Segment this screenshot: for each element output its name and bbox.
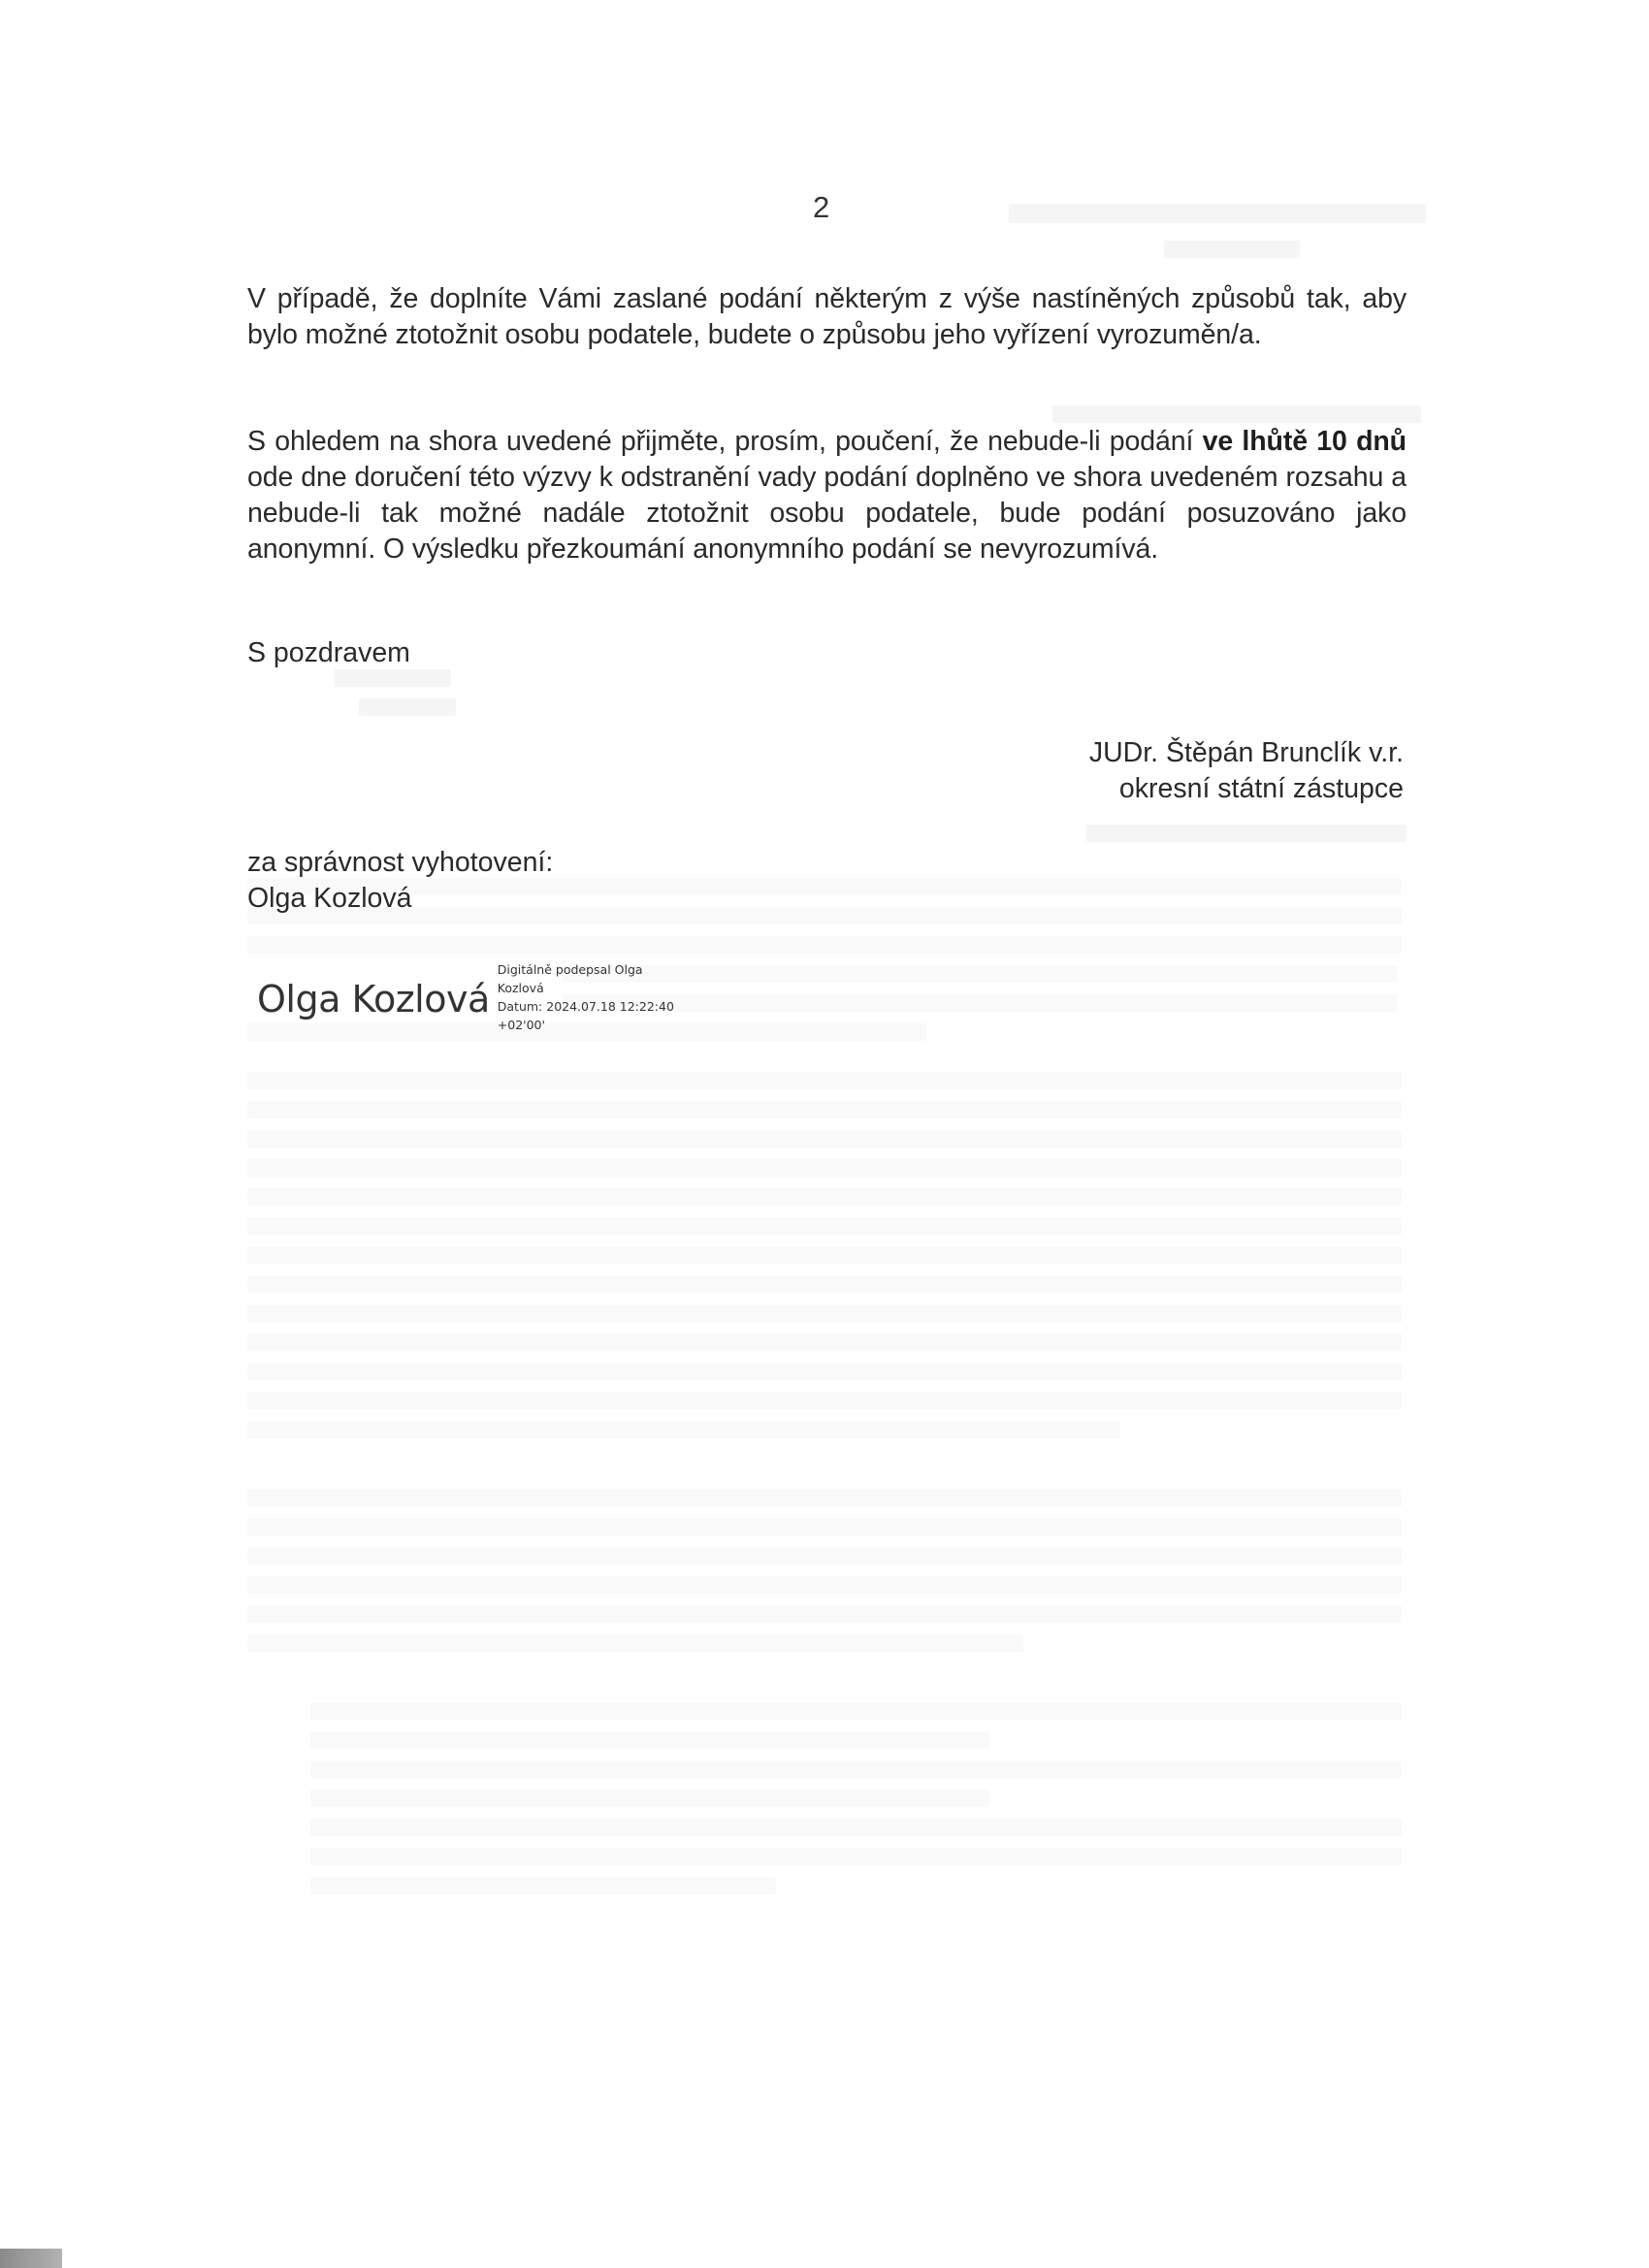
digital-signature: Olga Kozlová Digitálně podepsal Olga Koz… [257,960,674,1034]
closing-greeting: S pozdravem [247,637,410,669]
page-number: 2 [813,190,829,225]
digital-signature-name: Olga Kozlová [257,978,490,1021]
signatory-block: JUDr. Štěpán Brunclík v.r. okresní státn… [1089,735,1404,807]
correctness-block: za správnost vyhotovení: Olga Kozlová [247,845,553,917]
digital-signature-details: Digitálně podepsal Olga Kozlová Datum: 2… [498,960,674,1034]
deadline-emphasis: ve lhůtě 10 dnů [1203,426,1406,457]
signature-line-surname: Kozlová [498,979,674,997]
signature-line-date: Datum: 2024.07.18 12:22:40 [498,997,674,1016]
paragraph-identification: V případě, že doplníte Vámi zaslané podá… [247,281,1406,353]
scan-edge-artifact [0,2249,62,2268]
paragraph-deadline-notice: S ohledem na shora uvedené přijměte, pro… [247,424,1406,567]
signature-line-signed-by: Digitálně podepsal Olga [498,960,674,979]
correctness-label: za správnost vyhotovení: [247,845,553,881]
signatory-name: JUDr. Štěpán Brunclík v.r. [1089,735,1404,771]
deadline-text-before: S ohledem na shora uvedené přijměte, pro… [247,426,1203,457]
signature-line-timezone: +02'00' [498,1016,674,1034]
correctness-name: Olga Kozlová [247,881,553,917]
deadline-text-after: ode dne doručení této výzvy k odstranění… [247,462,1406,565]
signatory-role: okresní státní zástupce [1089,771,1404,807]
